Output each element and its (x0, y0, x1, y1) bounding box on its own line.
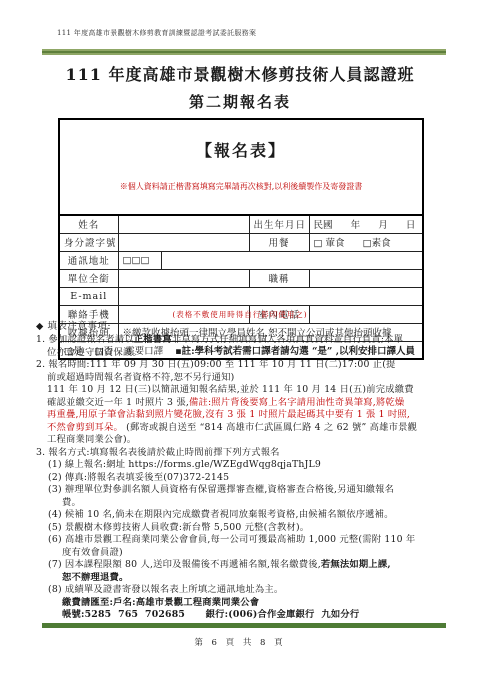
document-page: 111 年度高雄市景觀樹木修剪教育訓練暨認證考試委託服務案 111 年度高雄市景… (0, 0, 480, 679)
page-title: 111 年度高雄市景觀樹木修剪技術人員認證班 (0, 62, 480, 85)
note-text: (7) 因本課程限額 80 人,送印及報備後不再遞補名額,報名繳費後, (48, 559, 321, 570)
note-line: 恕不辦理退費。 (36, 572, 448, 585)
note-line: 不然會剪到耳朵。 (郵寄或親自送至 “814 高雄市仁武區鳳仁路 4 之 62 … (36, 422, 448, 435)
note-text: 前或超過時間報名者資格不符,恕不另行通知) (47, 372, 234, 383)
note-text: 1. 參加認證報名者請以 (36, 334, 134, 345)
organization-field (118, 269, 249, 287)
email-label: E-mail (59, 287, 118, 305)
note-text: 再重疊,用原子筆會沾黏到照片變花臉,沒有 3 張 1 吋照片最起碼其中要有 1 … (47, 409, 410, 420)
table-row: 姓名 出生年月日 民國 年 月 日 (59, 215, 423, 233)
note-text: 帳號:5285 765 702685 銀行:(006)合作金庫銀行 九如分行 (62, 609, 359, 620)
top-divider-bar (42, 49, 446, 55)
organization-label: 單位全銜 (59, 269, 118, 287)
job-title-field (309, 269, 423, 287)
instructions-section: ◆ 填表注意事項: 1. 參加認證報名者請以正楷書寫非草寫方式仔細填寫個人各項真… (36, 320, 448, 622)
table-row: 身分證字號 用餐 □ 葷食 □素食 (59, 233, 423, 251)
note-line: (6) 高雄市景觀工程商業同業公會會員,每一公司可獲最高補助 1,000 元整(… (36, 534, 448, 547)
instructions-heading: ◆ 填表注意事項: (36, 320, 448, 334)
note-text: 非草寫方式仔細填寫個人各項真實資料並自行負責;本單 (172, 334, 403, 345)
note-line: 工程商業同業公會)。 (36, 434, 448, 447)
note-text: 若無法如期上課, (321, 559, 391, 570)
note-text: 不然會剪到耳朵。 (47, 422, 123, 433)
note-text: 3. 報名方式:填寫報名表後請於截止時間前擇下列方式報名 (36, 447, 280, 458)
note-text: (5) 景觀樹木修剪技術人員收費:新台幣 5,500 元整(含教材)。 (48, 522, 309, 533)
table-row: 單位全銜 職稱 (59, 269, 423, 287)
note-text: 工程商業同業公會)。 (47, 434, 136, 445)
note-text: (4) 候補 10 名,倘未在期限內完成繳費者視同放棄報考資格,由候補名額依序遞… (48, 509, 394, 520)
note-line: 2. 報名時間:111 年 09 月 30 日(五)09:00 至 111 年 … (36, 359, 448, 372)
note-text: 2. 報名時間:111 年 09 月 30 日(五)09:00 至 111 年 … (36, 359, 396, 370)
note-line: 度有效會員證) (36, 547, 448, 560)
note-text: (8) 成績單及證書寄發以報名表上所填之通訊地址為主。 (48, 584, 283, 595)
bottom-divider-bar (42, 623, 446, 628)
note-text: (郵寄或親自送至 “814 高雄市仁武區鳳仁路 4 之 62 號” 高雄市景觀 (123, 422, 417, 433)
note-line: 位亦會遵守個資保護。 (36, 347, 448, 360)
note-text: 備註:照片背後要寫上名字請用油性奇異筆寫,將乾燥 (189, 397, 404, 408)
id-number-label: 身分證字號 (59, 233, 118, 251)
page-subtitle: 第二期報名表 (0, 91, 480, 112)
note-text: 正楷書寫 (134, 334, 172, 345)
table-row: 通訊地址 □□□ (59, 251, 423, 269)
meal-label: 用餐 (249, 233, 309, 251)
note-line: (1) 線上報名:網址 https://forms.gle/WZEgdWqg8q… (36, 459, 448, 472)
note-line: 111 年 10 月 12 日(三)以簡訊通知報名結果,並於 111 年 10 … (36, 384, 448, 397)
note-text: 恕不辦理退費。 (62, 572, 128, 583)
note-line: (3) 辦理單位對參訓名額人員資格有保留選擇審查權,資格審查合格後,另通知繳報名 (36, 484, 448, 497)
note-line: 確認並繳交近一年 1 吋照片 3 張,備註:照片背後要寫上名字請用油性奇異筆寫,… (36, 397, 448, 410)
note-line: (2) 傳真:將報名表填妥後至(07)372-2145 (36, 472, 448, 485)
note-text: (2) 傳真:將報名表填妥後至(07)372-2145 (48, 472, 229, 483)
note-text: 確認並繳交近一年 1 吋照片 3 張, (47, 397, 189, 408)
form-title: 【報名表】 (64, 142, 418, 160)
note-text: 位亦會遵守個資保護。 (47, 347, 142, 358)
note-line: 費。 (36, 497, 448, 510)
id-number-field (118, 233, 249, 251)
note-text: 111 年 10 月 12 日(三)以簡訊通知報名結果,並於 111 年 10 … (47, 384, 414, 395)
note-text: (3) 辦理單位對參訓名額人員資格有保留選擇審查權,資格審查合格後,另通知繳報名 (48, 484, 394, 495)
table-row: E-mail (59, 287, 423, 305)
note-line: (4) 候補 10 名,倘未在期限內完成繳費者視同放棄報考資格,由候補名額依序遞… (36, 509, 448, 522)
note-line: (7) 因本課程限額 80 人,送印及報備後不再遞補名額,報名繳費後,若無法如期… (36, 559, 448, 572)
dob-label: 出生年月日 (249, 215, 309, 233)
note-line: (5) 景觀樹木修剪技術人員收費:新台幣 5,500 元整(含教材)。 (36, 522, 448, 535)
name-field (118, 215, 249, 233)
page-number: 第 6 頁 共 8 頁 (0, 636, 480, 648)
address-label: 通訊地址 (59, 251, 118, 269)
note-line: (8) 成績單及證書寄發以報名表上所填之通訊地址為主。 (36, 584, 448, 597)
note-line: 3. 報名方式:填寫報名表後請於截止時間前擇下列方式報名 (36, 447, 448, 460)
postal-code-boxes: □□□ (118, 251, 161, 269)
note-text: 繳費請匯至:戶名:高雄市景觀工程商業同業公會 (62, 597, 259, 608)
email-field (118, 287, 423, 305)
job-title-label: 職稱 (249, 269, 309, 287)
note-text: 費。 (62, 497, 81, 508)
address-field (161, 251, 423, 269)
note-line: 1. 參加認證報名者請以正楷書寫非草寫方式仔細填寫個人各項真實資料並自行負責;本… (36, 334, 448, 347)
document-header-note: 111 年度高雄市景觀樹木修剪教育訓練暨認證考試委託服務案 (57, 28, 256, 38)
note-line: 帳號:5285 765 702685 銀行:(006)合作金庫銀行 九如分行 (36, 609, 448, 622)
note-line: 再重疊,用原子筆會沾黏到照片變花臉,沒有 3 張 1 吋照片最起碼其中要有 1 … (36, 409, 448, 422)
dob-field: 民國 年 月 日 (309, 215, 423, 233)
note-text: (6) 高雄市景觀工程商業同業公會會員,每一公司可獲最高補助 1,000 元整(… (48, 534, 415, 545)
name-label: 姓名 (59, 215, 118, 233)
note-text: 度有效會員證) (62, 547, 123, 558)
note-text: (1) 線上報名:網址 https://forms.gle/WZEgdWqg8q… (48, 459, 321, 470)
note-line: 前或超過時間報名者資格不符,恕不另行通知) (36, 372, 448, 385)
note-line: 繳費請匯至:戶名:高雄市景觀工程商業同業公會 (36, 597, 448, 610)
form-header-cell: 【報名表】 ※個人資料請正楷書寫填寫完畢請再次核對,以利後續製作及寄發證書 (59, 119, 423, 215)
form-title-note: ※個人資料請正楷書寫填寫完畢請再次核對,以利後續製作及寄發證書 (64, 182, 418, 192)
table-footnote: (表格不敷使用時得自行影印使用之) (0, 309, 480, 320)
meal-checkboxes: □ 葷食 □素食 (309, 233, 423, 251)
form-header-row: 【報名表】 ※個人資料請正楷書寫填寫完畢請再次核對,以利後續製作及寄發證書 (59, 119, 423, 215)
instructions-list: 1. 參加認證報名者請以正楷書寫非草寫方式仔細填寫個人各項真實資料並自行負責;本… (36, 334, 448, 622)
